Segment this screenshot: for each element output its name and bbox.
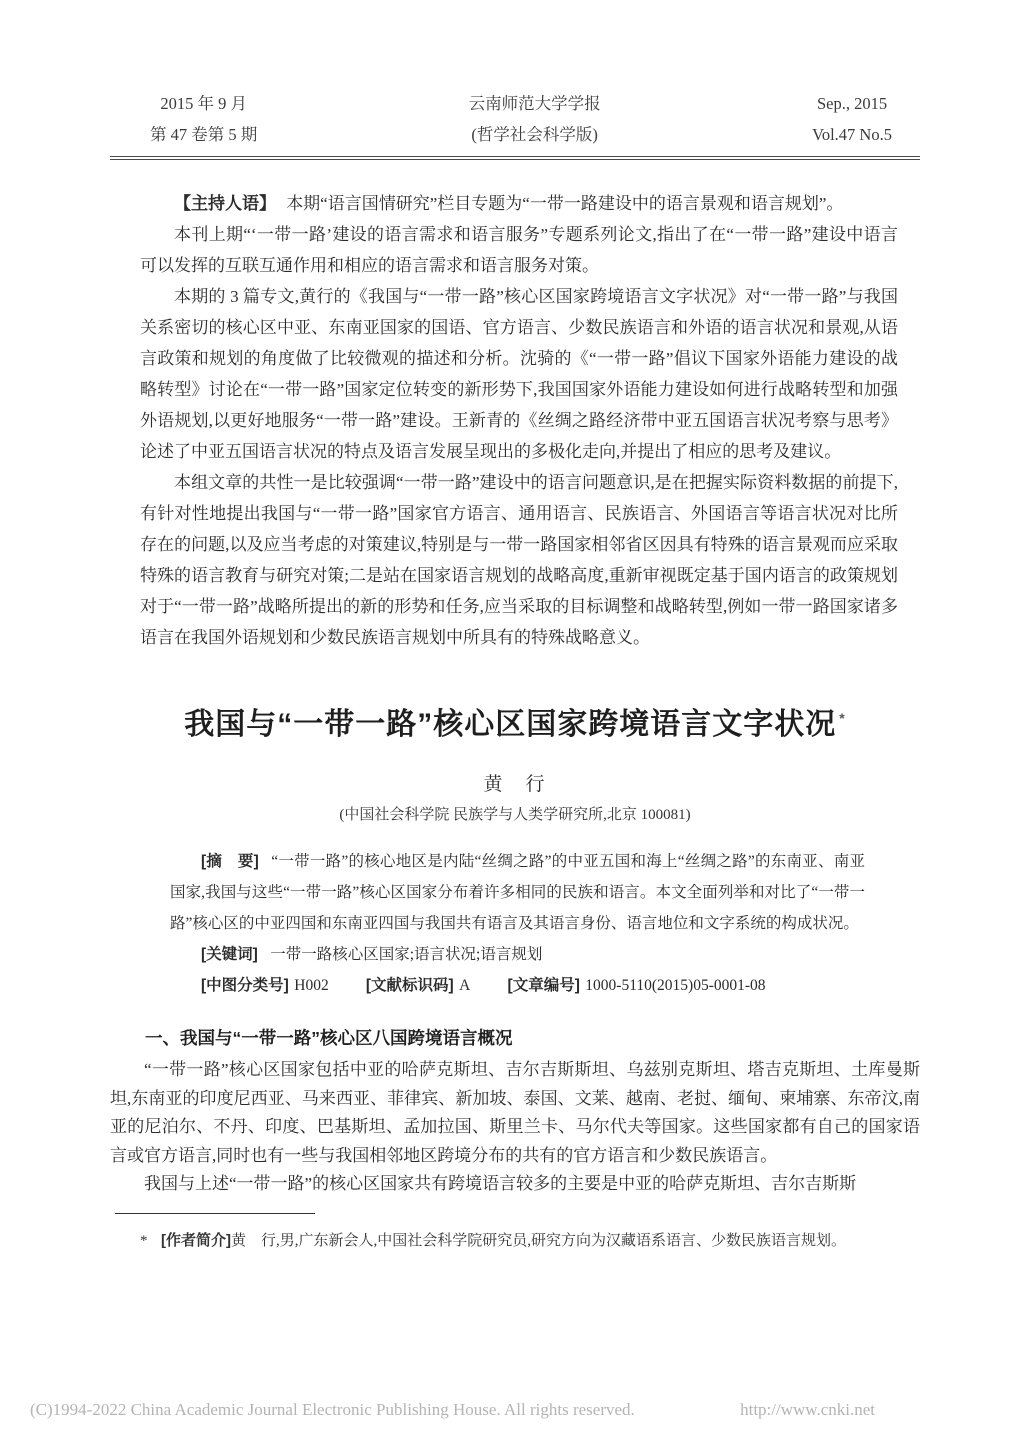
page-content: 2015 年 9 月 第 47 卷第 5 期 云南师范大学学报 (哲学社会科学版… bbox=[0, 0, 1024, 1254]
abstract: [摘 要]“一带一路”的核心地区是内陆“丝绸之路”的中亚五国和海上“丝绸之路”的… bbox=[170, 846, 865, 939]
clc-segment: [中图分类号]H002 bbox=[201, 977, 329, 994]
author-affiliation: (中国社会科学院 民族学与人类学研究所,北京 100081) bbox=[110, 803, 920, 824]
journal-date-en: Sep., 2015 bbox=[812, 88, 892, 119]
author-name: 黄 行 bbox=[110, 769, 920, 796]
cnki-footer: (C)1994-2022 China Academic Journal Elec… bbox=[30, 1400, 875, 1420]
doc-code-value: A bbox=[459, 977, 470, 994]
section-body: “一带一路”核心区国家包括中亚的哈萨克斯坦、吉尔吉斯斯坦、乌兹别克斯坦、塔吉克斯… bbox=[110, 1056, 920, 1199]
abstract-text: “一带一路”的核心地区是内陆“丝绸之路”的中亚五国和海上“丝绸之路”的东南亚、南… bbox=[170, 853, 865, 932]
header-divider-rule bbox=[110, 156, 920, 160]
journal-scan-page: 2015 年 9 月 第 47 卷第 5 期 云南师范大学学报 (哲学社会科学版… bbox=[0, 0, 1024, 1448]
cnki-url: http://www.cnki.net bbox=[740, 1400, 875, 1420]
editor-note-paragraph: 【主持人语】本期“语言国情研究”栏目专题为“一带一路建设中的语言景观和语言规划”… bbox=[140, 188, 898, 219]
body-paragraph: 我国与上述“一带一路”的核心区国家共有跨境语言较多的主要是中亚的哈萨克斯坦、吉尔… bbox=[110, 1170, 920, 1199]
clc-value: H002 bbox=[294, 977, 328, 994]
article-title: 我国与“一带一路”核心区国家跨境语言文字状况* bbox=[110, 699, 920, 743]
keywords: [关键词]一带一路核心区国家;语言状况;语言规划 bbox=[170, 939, 865, 970]
article-id-label: [文章编号] bbox=[508, 977, 580, 994]
journal-edition: (哲学社会科学版) bbox=[469, 119, 601, 150]
editor-note-label: 【主持人语】 bbox=[174, 194, 276, 213]
author-bio-footnote: *[作者简介]黄 行,男,广东新会人,中国社会科学院研究员,研究方向为汉藏语系语… bbox=[140, 1228, 906, 1254]
editor-note: 【主持人语】本期“语言国情研究”栏目专题为“一带一路建设中的语言景观和语言规划”… bbox=[140, 188, 898, 653]
classification-row: [中图分类号]H002[文献标识码]A[文章编号]1000-5110(2015)… bbox=[170, 970, 865, 1001]
editor-note-paragraph: 本期的 3 篇专文,黄行的《我国与“一带一路”核心区国家跨境语言文字状况》对“一… bbox=[140, 281, 898, 467]
journal-name: 云南师范大学学报 bbox=[469, 88, 601, 119]
masthead-right: Sep., 2015 Vol.47 No.5 bbox=[812, 88, 892, 150]
clc-label: [中图分类号] bbox=[201, 977, 289, 994]
article-id-value: 1000-5110(2015)05-0001-08 bbox=[585, 977, 765, 994]
copyright-notice: (C)1994-2022 China Academic Journal Elec… bbox=[30, 1400, 635, 1420]
editor-note-paragraph-text: 本期“语言国情研究”栏目专题为“一带一路建设中的语言景观和语言规划”。 bbox=[286, 194, 843, 213]
abstract-block: [摘 要]“一带一路”的核心地区是内陆“丝绸之路”的中亚五国和海上“丝绸之路”的… bbox=[170, 846, 865, 1001]
footnote-label: [作者简介] bbox=[161, 1232, 231, 1249]
masthead-left: 2015 年 9 月 第 47 卷第 5 期 bbox=[150, 88, 257, 150]
article-id-segment: [文章编号]1000-5110(2015)05-0001-08 bbox=[508, 977, 766, 994]
title-footnote-marker: * bbox=[839, 710, 845, 726]
journal-masthead: 2015 年 9 月 第 47 卷第 5 期 云南师范大学学报 (哲学社会科学版… bbox=[110, 0, 920, 150]
footnote-divider-rule bbox=[115, 1213, 315, 1214]
editor-note-paragraph: 本组文章的共性一是比较强调“一带一路”建设中的语言问题意识,是在把握实际资料数据… bbox=[140, 467, 898, 653]
article-title-text: 我国与“一带一路”核心区国家跨境语言文字状况 bbox=[184, 708, 836, 741]
keywords-text: 一带一路核心区国家;语言状况;语言规划 bbox=[270, 946, 542, 963]
journal-volume-cn: 第 47 卷第 5 期 bbox=[150, 119, 257, 150]
editor-note-paragraph: 本刊上期“‘一带一路’建设的语言需求和语言服务”专题系列论文,指出了在“一带一路… bbox=[140, 219, 898, 281]
masthead-center: 云南师范大学学报 (哲学社会科学版) bbox=[469, 88, 601, 150]
journal-volume-en: Vol.47 No.5 bbox=[812, 119, 892, 150]
journal-date-cn: 2015 年 9 月 bbox=[150, 88, 257, 119]
section-heading: 一、我国与“一带一路”核心区八国跨境语言概况 bbox=[110, 1025, 920, 1050]
keywords-label: [关键词] bbox=[201, 946, 258, 963]
footnote-text: 黄 行,男,广东新会人,中国社会科学院研究员,研究方向为汉藏语系语言、少数民族语… bbox=[231, 1233, 846, 1249]
body-paragraph: “一带一路”核心区国家包括中亚的哈萨克斯坦、吉尔吉斯斯坦、乌兹别克斯坦、塔吉克斯… bbox=[110, 1056, 920, 1170]
doc-code-label: [文献标识码] bbox=[366, 977, 454, 994]
doc-code-segment: [文献标识码]A bbox=[366, 977, 470, 994]
abstract-label: [摘 要] bbox=[201, 853, 259, 870]
footnote-asterisk: * bbox=[140, 1233, 148, 1249]
